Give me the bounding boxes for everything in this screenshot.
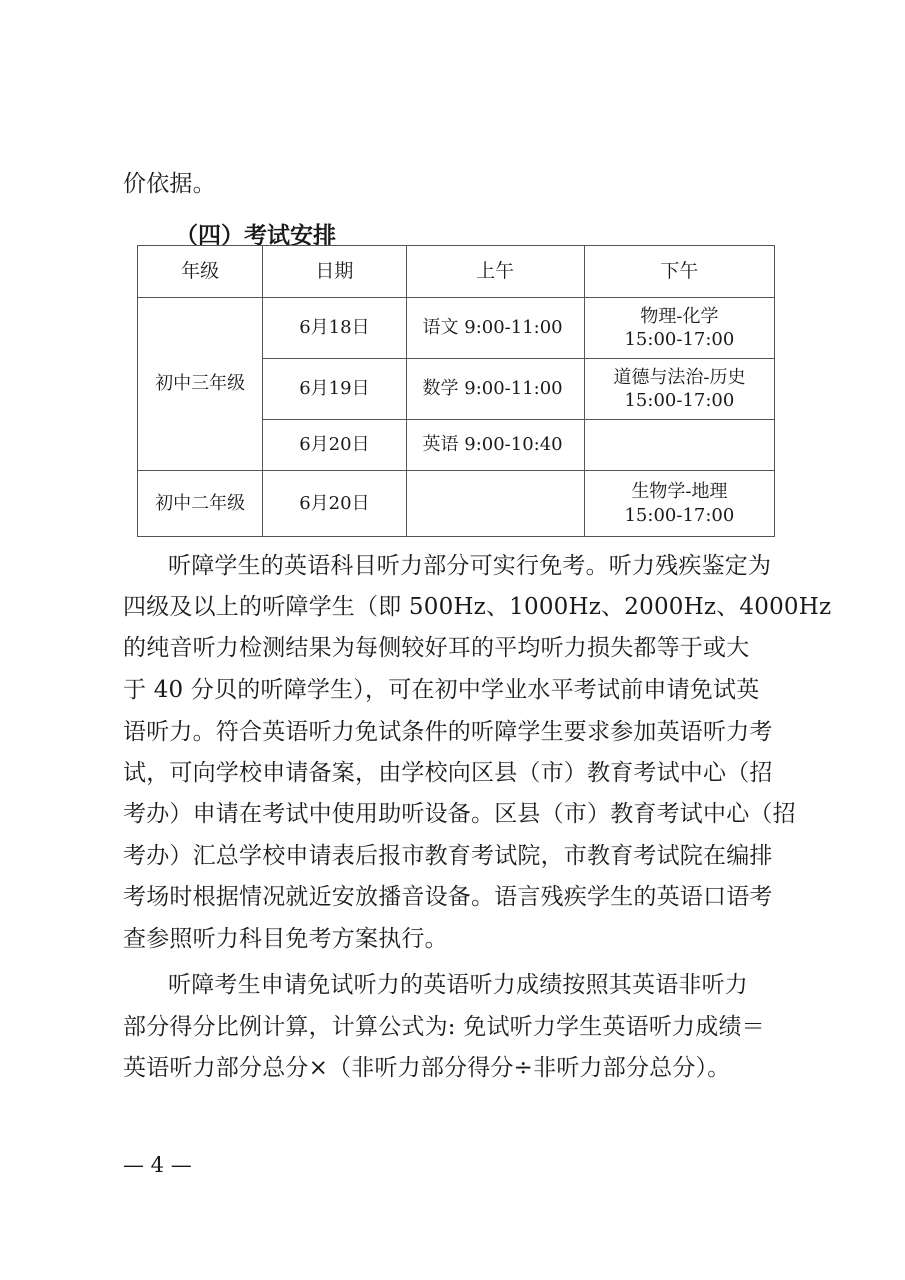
paragraph-line: 部分得分比例计算，计算公式为: 免试听力学生英语听力成绩＝ — [123, 1016, 765, 1039]
afternoon-subject: 物理-化学 — [585, 305, 774, 328]
paragraph-line: 考办）汇总学校申请表后报市教育考试院，市教育考试院在编排 — [123, 845, 773, 868]
paragraph-line: 试，可向学校申请备案，由学校向区县（市）教育考试中心（招 — [123, 762, 773, 785]
page-number: — 4 — — [123, 1153, 192, 1177]
paragraph-line: 查参照听力科目免考方案执行。 — [123, 928, 448, 951]
grade-cell: 初中二年级 — [138, 471, 263, 537]
afternoon-cell: 生物学-地理 15:00-17:00 — [584, 471, 774, 537]
date-cell: 6月19日 — [263, 359, 406, 420]
table-row: 初中三年级 6月18日 语文 9:00-11:00 物理-化学 15:00-17… — [138, 298, 775, 359]
paragraph-line: 四级及以上的听障学生（即 500Hz、1000Hz、2000Hz、4000Hz — [123, 596, 831, 619]
date-cell: 6月20日 — [263, 420, 406, 471]
morning-cell: 英语 9:00-10:40 — [406, 420, 584, 471]
afternoon-time: 15:00-17:00 — [585, 504, 774, 527]
table-row: 初中二年级 6月20日 生物学-地理 15:00-17:00 — [138, 471, 775, 537]
morning-cell: 数学 9:00-11:00 — [406, 359, 584, 420]
header-afternoon: 下午 — [584, 246, 774, 298]
paragraph-line: 的纯音听力检测结果为每侧较好耳的平均听力损失都等于或大 — [123, 637, 749, 660]
exam-schedule-table: 年级 日期 上午 下午 初中三年级 6月18日 语文 9:00-11:00 物理… — [137, 245, 775, 537]
afternoon-subject: 生物学-地理 — [585, 480, 774, 503]
header-date: 日期 — [263, 246, 406, 298]
morning-cell — [406, 471, 584, 537]
paragraph-line: 于 40 分贝的听障学生），可在初中学业水平考试前申请免试英 — [123, 679, 759, 702]
date-cell: 6月20日 — [263, 471, 406, 537]
paragraph-line: 听障学生的英语科目听力部分可实行免考。听力残疾鉴定为 — [168, 555, 771, 578]
intro-tail: 价依据。 — [123, 173, 216, 196]
date-cell: 6月18日 — [263, 298, 406, 359]
paragraph-line: 考场时根据情况就近安放播音设备。语言残疾学生的英语口语考 — [123, 886, 773, 909]
paragraph-line: 语听力。符合英语听力免试条件的听障学生要求参加英语听力考 — [123, 721, 773, 744]
morning-cell: 语文 9:00-11:00 — [406, 298, 584, 359]
afternoon-time: 15:00-17:00 — [585, 328, 774, 351]
paragraph-line: 英语听力部分总分×（非听力部分得分÷非听力部分总分）。 — [123, 1057, 730, 1080]
table-header-row: 年级 日期 上午 下午 — [138, 246, 775, 298]
grade-cell: 初中三年级 — [138, 298, 263, 471]
afternoon-cell: 道德与法治-历史 15:00-17:00 — [584, 359, 774, 420]
paragraph-line: 听障考生申请免试听力的英语听力成绩按照其英语非听力 — [168, 974, 748, 997]
header-grade: 年级 — [138, 246, 263, 298]
afternoon-cell — [584, 420, 774, 471]
paragraph-line: 考办）申请在考试中使用助听设备。区县（市）教育考试中心（招 — [123, 803, 796, 826]
afternoon-time: 15:00-17:00 — [585, 389, 774, 412]
afternoon-cell: 物理-化学 15:00-17:00 — [584, 298, 774, 359]
afternoon-subject: 道德与法治-历史 — [585, 366, 774, 389]
header-morning: 上午 — [406, 246, 584, 298]
